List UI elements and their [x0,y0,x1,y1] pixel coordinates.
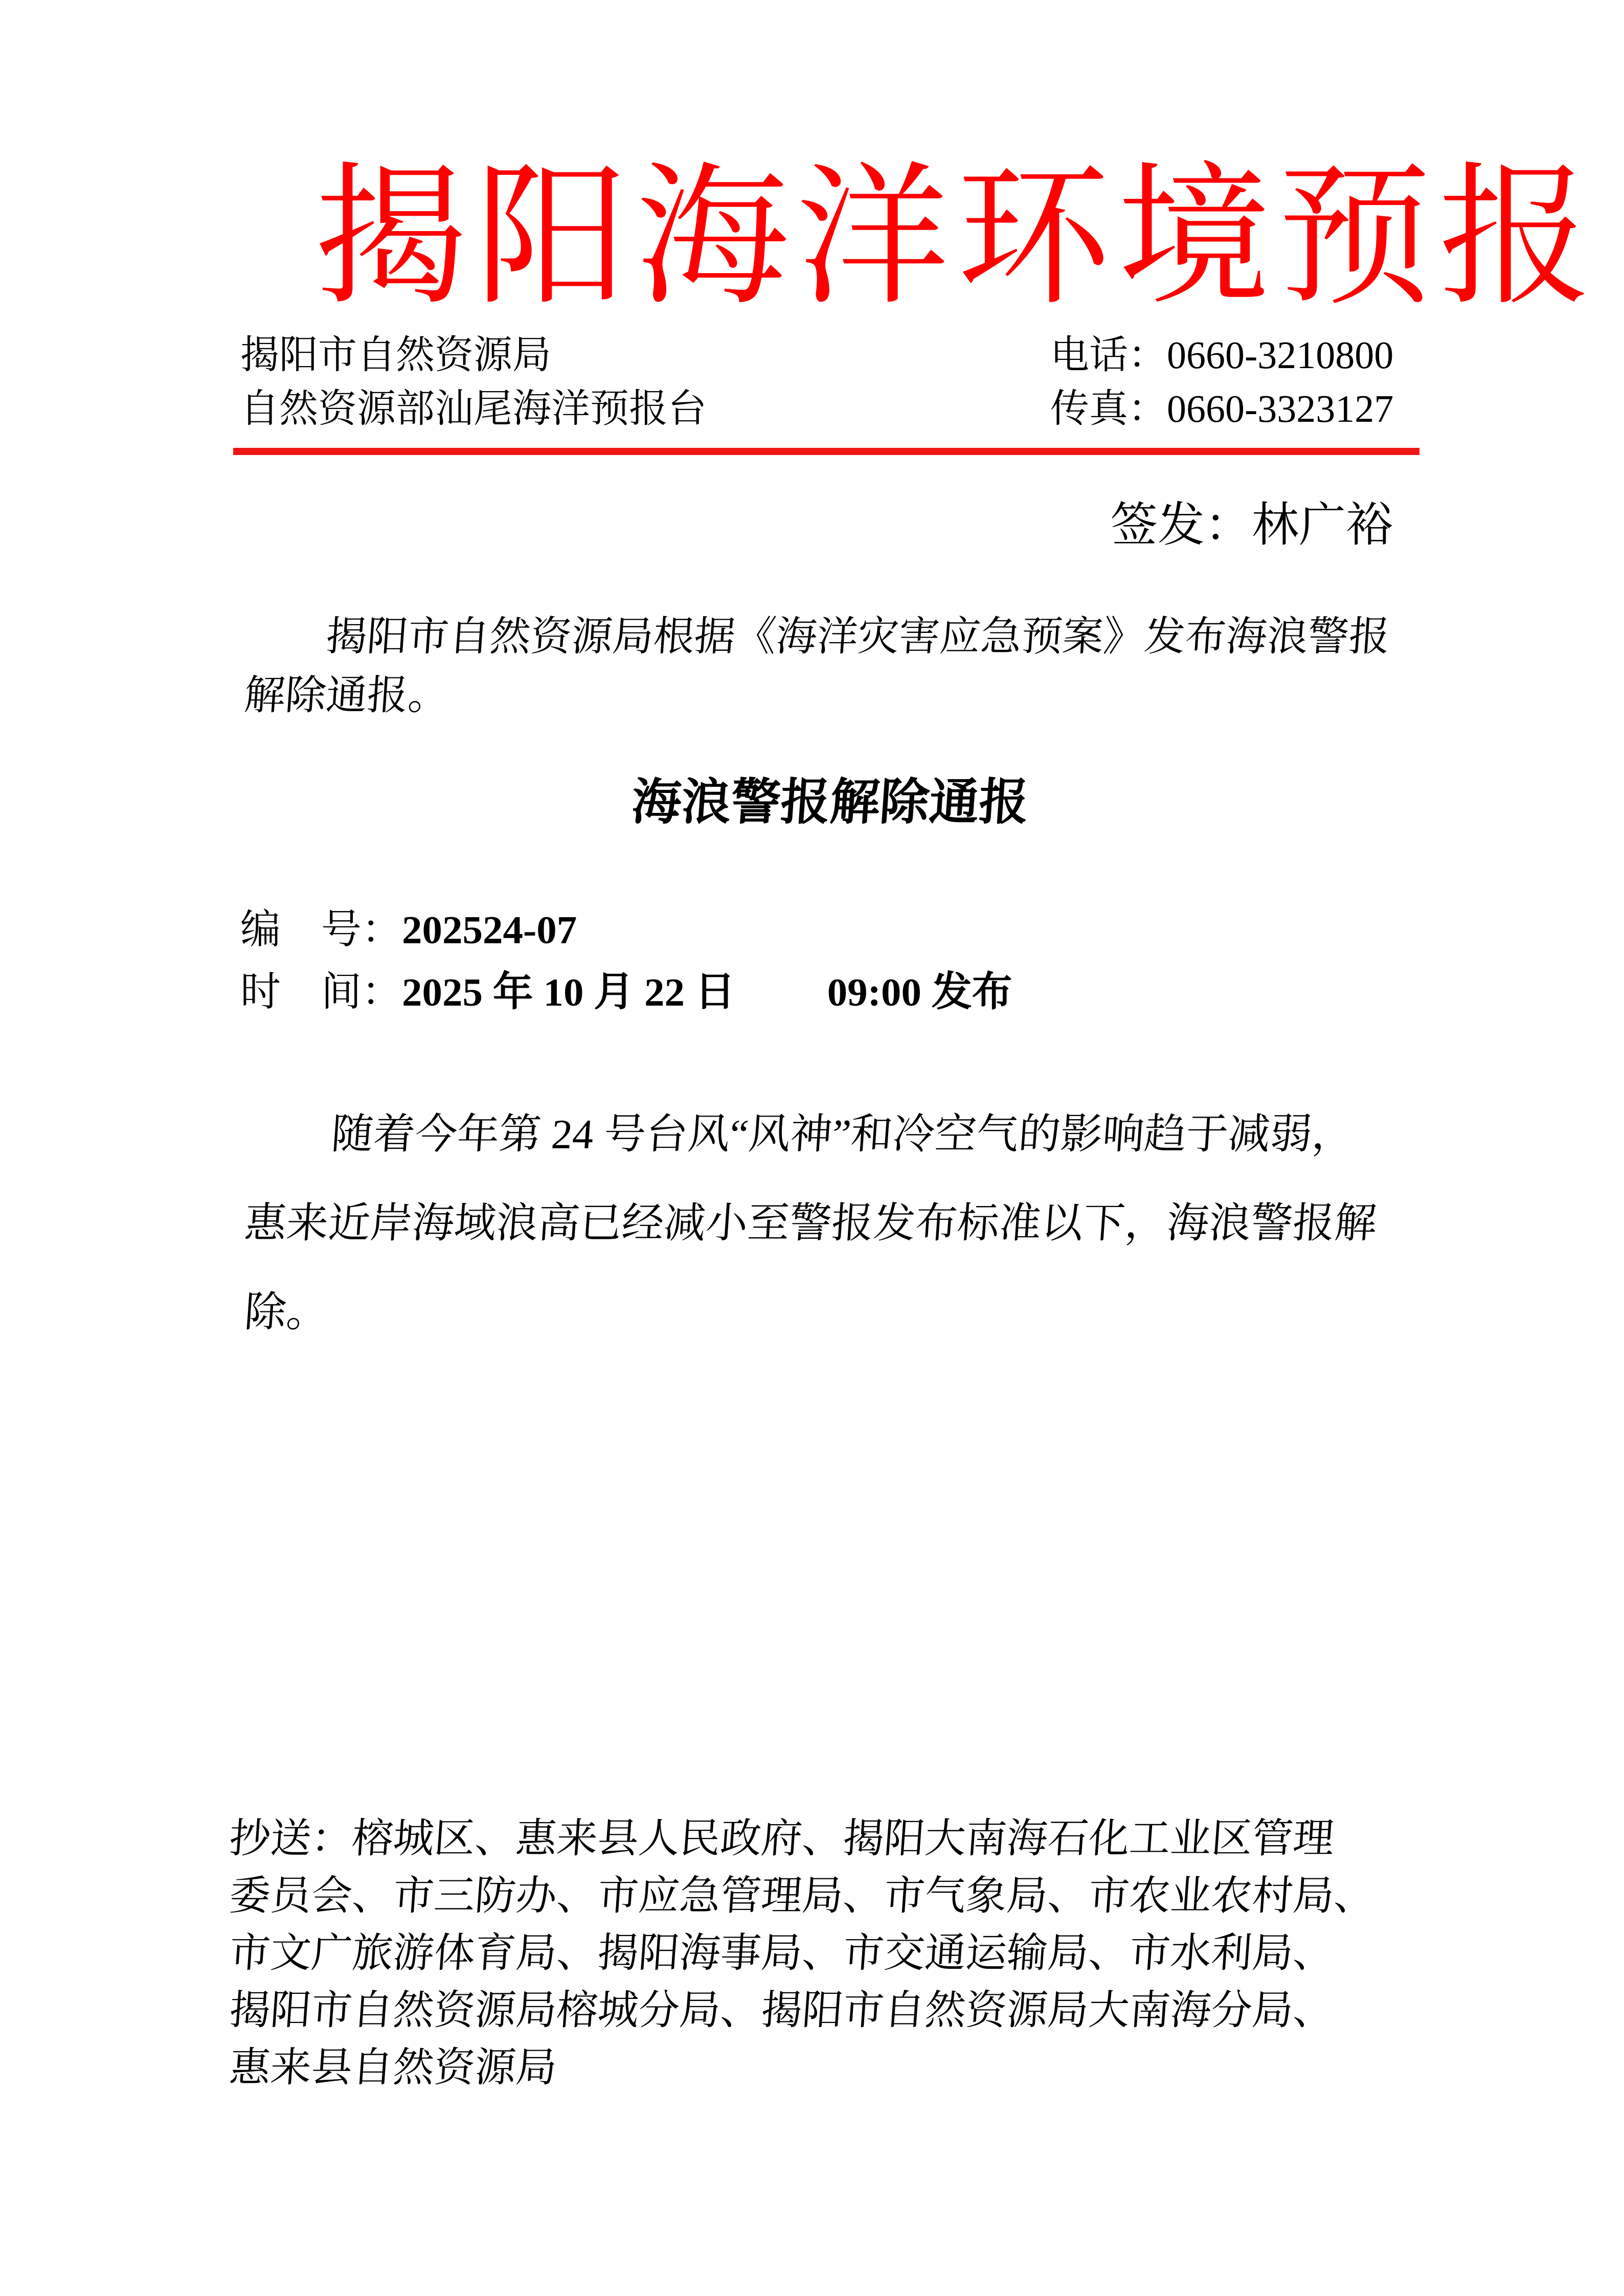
body-line-2: 惠来近岸海域浪高已经减小至警报发布标准以下，海浪警报解 [241,1179,1380,1268]
masthead-contact-block: 电话：0660-3210800 传真：0660-3323127 [1050,329,1393,436]
body-line-3: 除。 [241,1268,1380,1357]
signoff-line: 签发：林广裕 [1111,502,1393,549]
intro-line-1: 揭阳市自然资源局根据《海洋灾害应急预案》发布海浪警报 [242,608,1392,667]
red-divider-rule [233,448,1419,455]
masthead-title: 揭阳海洋环境预报 [314,162,1599,315]
bulletin-number-label: 编 号： [240,908,402,952]
cc-line-1: 抄送：榕城区、惠来县人民政府、揭阳大南海石化工业区管理 [228,1810,1377,1868]
document-page: 揭阳海洋环境预报 揭阳市自然资源局 自然资源部汕尾海洋预报台 电话：0660-3… [0,0,1624,2296]
fax-line: 传真：0660-3323127 [1050,382,1393,436]
bulletin-time-date: 2025 年 10 月 22 日 [402,970,735,1015]
org-line-2: 自然资源部汕尾海洋预报台 [240,382,707,436]
bulletin-time-release: 09:00 发布 [827,970,1012,1015]
intro-line-2: 解除通报。 [242,667,1392,725]
body-paragraph: 随着今年第 24 号台风“风神”和冷空气的影响趋于减弱， 惠来近岸海域浪高已经减… [244,1090,1376,1357]
bulletin-time-line: 时 间：2025 年 10 月 22 日09:00 发布 [240,972,1012,1013]
cc-line-5: 惠来县自然资源局 [228,2039,1377,2097]
cc-list: 抄送：榕城区、惠来县人民政府、揭阳大南海石化工业区管理 委员会、市三防办、市应急… [229,1810,1374,2097]
cc-line-4: 揭阳市自然资源局榕城分局、揭阳市自然资源局大南海分局、 [228,1982,1377,2039]
bulletin-time-label: 时 间： [240,970,402,1015]
phone-line: 电话：0660-3210800 [1050,329,1393,382]
cc-line-3: 市文广旅游体育局、揭阳海事局、市交通运输局、市水利局、 [228,1925,1377,1982]
bulletin-number-value: 202524-07 [402,908,577,952]
org-line-1: 揭阳市自然资源局 [240,329,707,382]
cc-line-2: 委员会、市三防办、市应急管理局、市气象局、市农业农村局、 [228,1868,1377,1925]
intro-paragraph: 揭阳市自然资源局根据《海洋灾害应急预案》发布海浪警报 解除通报。 [244,608,1389,725]
bulletin-number-line: 编 号：202524-07 [240,910,577,950]
masthead-org-block: 揭阳市自然资源局 自然资源部汕尾海洋预报台 [240,329,707,436]
body-line-1: 随着今年第 24 号台风“风神”和冷空气的影响趋于减弱， [241,1090,1380,1179]
notice-heading: 海浪警报解除通报 [630,777,1030,827]
